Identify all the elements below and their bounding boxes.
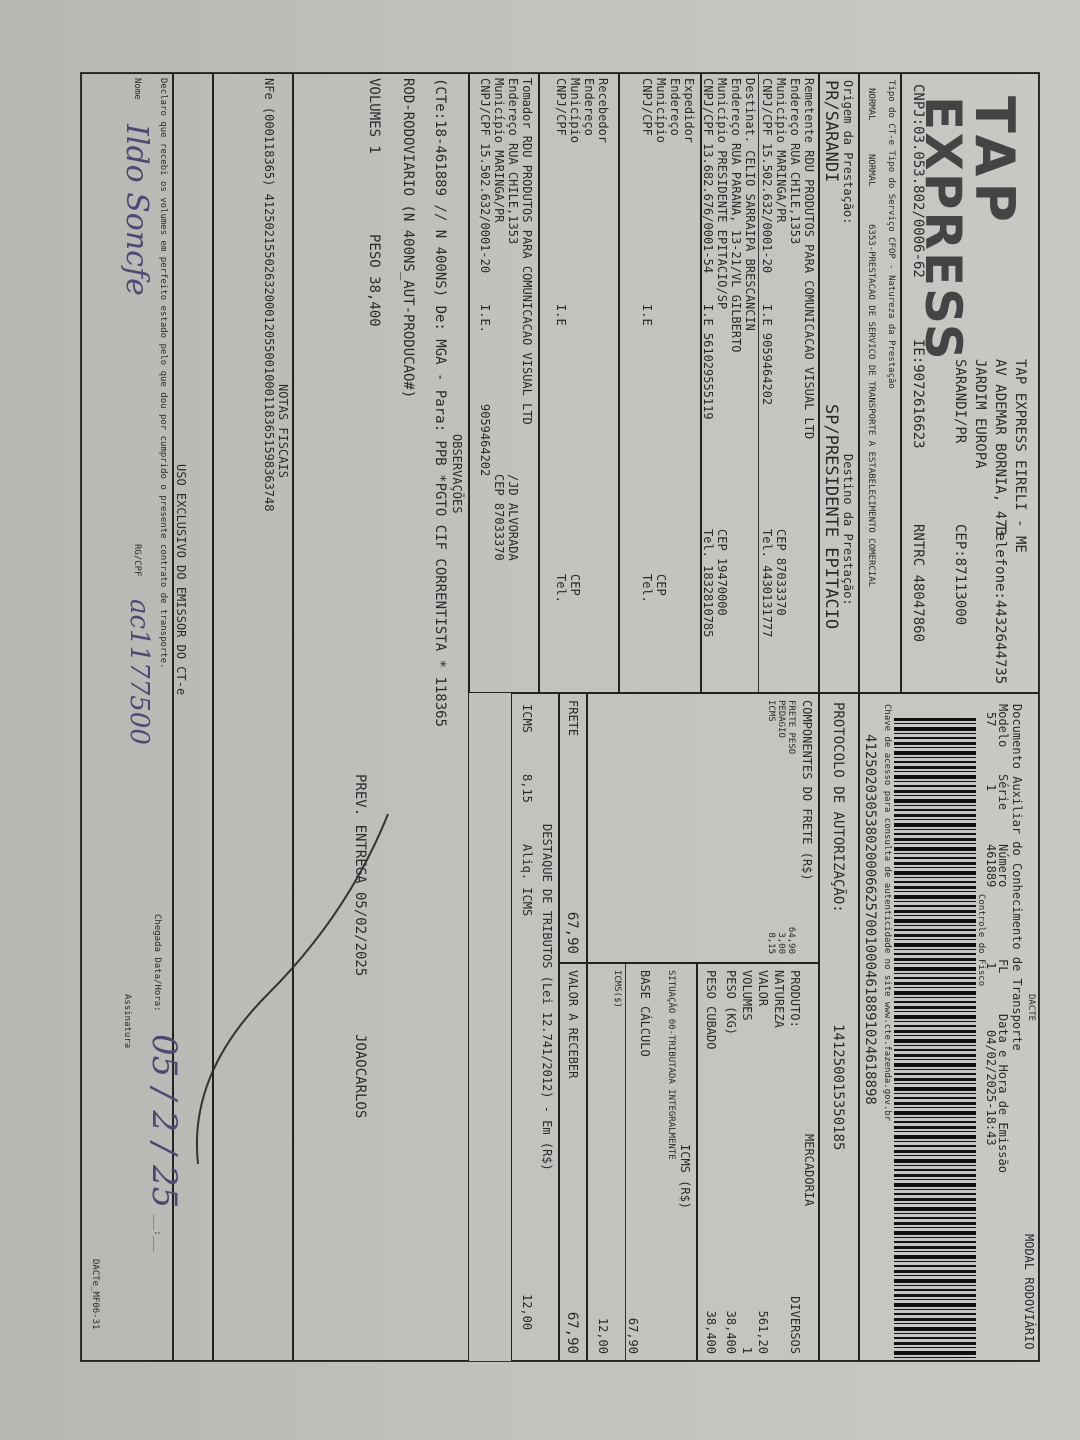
receiver-address-label: Endereço	[582, 78, 596, 136]
sender-city: Município MARINGA/PR	[774, 78, 788, 223]
service-type: NORMAL	[865, 154, 876, 187]
emitter-rntrc: RNTRC 48047860	[910, 524, 926, 642]
origin-value: PR/SARANDI	[821, 80, 840, 182]
receiver-cep-label: CEP	[568, 574, 582, 596]
emitter-district: JARDIM EUROPA	[972, 359, 988, 469]
emitter-city: SARANDI/PR	[952, 359, 968, 443]
freight-components-title: COMPONENTES DO FRETE (R$)	[800, 700, 814, 881]
icms-title: ICMS (R$)	[678, 1144, 692, 1209]
sender-address: Endereço RUA CHILE,1353	[788, 78, 802, 244]
icms-section: ICMS (R$) SITUAÇÃO 00-TRIBUTADA INTEGRAL…	[587, 963, 697, 1361]
receiver-section: Recebedor Endereço Município CEP CNPJ/CP…	[539, 73, 619, 693]
receipt-id-handwritten: ac1177500	[124, 599, 154, 745]
emitter-phone: Telefone:4432644735	[992, 524, 1008, 684]
recipient-name: Destinat. CELIO SARRAIPA BRESCANCIN	[743, 78, 757, 331]
recipient-ie: I.E 561029555119	[701, 304, 715, 420]
receiver-city-label: Município	[568, 78, 582, 143]
arrival-time: ___:___	[151, 1214, 162, 1252]
signature-label: Assinatura	[121, 994, 132, 1048]
icms-component-value: 8,15	[765, 894, 776, 954]
sender-cnpj: CNPJ/CPF 15.502.632/0001-20	[760, 78, 774, 273]
arrival-label: Chegada Data/Hora:	[151, 914, 162, 1012]
observations-line-1: (CTe:18-461889 // N 400NS) De: MGA - Par…	[432, 78, 448, 727]
recipient-address: Endereço RUA PARANA, 13-21/VL GILBERTO	[729, 78, 743, 353]
recipient-cep: CEP 19470000	[715, 529, 729, 616]
product-label: PRODUTO:	[788, 970, 802, 1028]
amount-due-value: 67,90	[564, 1254, 580, 1354]
icms-amount-label: ICMS($)	[611, 970, 622, 1008]
receiver-cnpj-label: CNPJ/CPF	[554, 78, 568, 136]
shipper-address-label: Endereço	[668, 78, 682, 136]
payer-address: Endereço RUA CHILE,1353	[506, 78, 520, 244]
amount-due-label: VALOR A RECEBER	[566, 970, 580, 1078]
emitter-name: TAP EXPRESS EIRELI - ME	[1012, 359, 1028, 553]
goods-title: MERCADORIA	[802, 1134, 816, 1206]
receipt-declaration: Declaro que recebi os volumes em perfeit…	[157, 78, 168, 669]
icms-amount-value: 12,00	[596, 1254, 610, 1354]
payer-ie: 9059464202	[478, 404, 492, 476]
toll-label: PEDAGIO	[775, 700, 786, 738]
form-code: DACTe_MF06-31	[89, 1259, 100, 1329]
amount-due: VALOR A RECEBER 67,90	[559, 963, 587, 1361]
dacte-document: TAP EXPRESS TAP EXPRESS EIRELI - ME AV A…	[0, 0, 1080, 1440]
receipt-id-label: RG/CPF	[131, 544, 142, 577]
observations-weight: PESO 38,400	[366, 234, 382, 327]
observations-title: OBSERVAÇÕES	[450, 434, 464, 513]
dacte-subtitle: Documento Auxiliar do Conhecimento de Tr…	[1010, 704, 1024, 1051]
authorization-protocol: PROTOCOLO DE AUTORIZAÇÃO: 14125001535018…	[819, 693, 859, 1361]
emitter-address: AV ADEMAR BORNIA, 473	[992, 359, 1008, 536]
shipper-phone-label: Tel.	[640, 574, 654, 603]
page-value: 1	[984, 962, 998, 969]
emitter-cep: CEP:87113000	[952, 524, 968, 625]
invoice-nfe: NFe (000118365) 412502155026320001205500…	[262, 78, 276, 511]
invoices-title: NOTAS FISCAIS	[276, 384, 290, 478]
cte-type-header: Tipo do CT-e Tipo do Serviço CFOP - Natu…	[885, 80, 896, 389]
weight-label: PESO (KG)	[724, 970, 738, 1035]
sender-name: Remetente RDU PRODUTOS PARA COMUNICACAO …	[802, 78, 816, 439]
dacte-header: DACTE MODAL RODOVIÁRIO Documento Auxilia…	[859, 693, 1039, 1361]
model-value: 57	[984, 712, 998, 726]
freight-weight-value: 64,90	[785, 894, 796, 954]
cte-type: NORMAL	[865, 88, 876, 121]
recipient-cnpj: CNPJ/CPF 13.682.676/0001-54	[701, 78, 715, 273]
cte-type-section: Tipo do CT-e Tipo do Serviço CFOP - Natu…	[859, 73, 901, 693]
payer-section: Tomador RDU PRODUTOS PARA COMUNICACAO VI…	[469, 73, 539, 693]
emitter-header: TAP EXPRESS TAP EXPRESS EIRELI - ME AV A…	[901, 73, 1039, 693]
series-value: 1	[984, 784, 998, 791]
observations-section: OBSERVAÇÕES (CTe:18-461889 // N 400NS) D…	[293, 73, 469, 1361]
access-key-label: Chave de acesso para consulta de autenti…	[881, 704, 892, 1121]
freight-components: COMPONENTES DO FRETE (R$) FRETE PESO 64,…	[587, 693, 819, 963]
transport-mode: MODAL RODOVIÁRIO	[1022, 1234, 1036, 1350]
receipt-name-handwritten: Ildo Soncfe	[119, 124, 154, 296]
emitter-cnpj: CNPJ:03.053.802/0006-62	[910, 84, 926, 278]
sender-phone: Tel. 4430131777	[760, 529, 774, 637]
fiscal-control-label: Controle do Fisco	[975, 894, 986, 986]
dacte-frame: TAP EXPRESS TAP EXPRESS EIRELI - ME AV A…	[80, 72, 1040, 1362]
protocol-value: 141250015350185	[830, 1024, 846, 1150]
tap-express-logo: TAP EXPRESS	[918, 96, 1020, 362]
number-value: 461889	[984, 844, 998, 887]
goods-value: 561,20	[756, 1254, 770, 1354]
shipper-cep-label: CEP	[654, 574, 668, 596]
invoices-section: NOTAS FISCAIS NFe (000118365) 4125021550…	[213, 73, 293, 1361]
volumes-value: 1	[740, 1254, 754, 1354]
number-label: Número	[996, 844, 1010, 887]
goods-section: MERCADORIA PRODUTO: DIVERSOS NATUREZA VA…	[697, 963, 819, 1361]
payer-ie-label: I.E.	[478, 304, 492, 333]
cfop: 6353-PRESTACAO DE SERVICO DE TRANSPORTE …	[865, 224, 876, 587]
tax-highlight: DESTAQUE DE TRIBUTOS (Lei 12.741/2012) -…	[511, 693, 559, 1361]
destination-label: Destino da Prestação:	[841, 454, 855, 606]
access-key-value: 4125020305380200066257001000461889102461…	[862, 734, 878, 1105]
issue-date-label: Data e Hora de Emissão	[996, 1014, 1010, 1173]
tax-base-value: 67,90	[626, 1254, 640, 1354]
tax-highlight-title: DESTAQUE DE TRIBUTOS (Lei 12.741/2012) -…	[540, 824, 554, 1171]
route-section: Origem da Prestação: PR/SARANDI Destino …	[819, 73, 859, 693]
parties-section: Remetente RDU PRODUTOS PARA COMUNICACAO …	[701, 73, 819, 693]
payer-cnpj: CNPJ/CPF 15.502.632/0001-20	[478, 78, 492, 273]
receipt-name-label: Nome	[131, 78, 142, 100]
page-label: FL	[996, 959, 1010, 973]
icms-component-label: ICMS	[765, 700, 776, 722]
sender-ie: I.E 9059464202	[760, 304, 774, 405]
origin-label: Origem da Prestação:	[841, 80, 855, 225]
freight-total-value: 67,90	[564, 854, 580, 954]
shipper-ie-label: I.E	[640, 304, 654, 326]
emitter-use-title: USO EXCLUSIVO DO EMISSOR DO CT-e	[174, 464, 188, 695]
tax-rate-label: Aliq. ICMS	[520, 844, 534, 916]
observations-volumes: VOLUMES 1	[366, 78, 382, 154]
tax-rate-value: 12,00	[520, 1294, 534, 1330]
tax-base-label: BASE CÁLCULO	[638, 970, 652, 1057]
payer-district: /JD ALVORADA	[506, 474, 520, 561]
recipient-phone: Tel. 1832810785	[701, 529, 715, 637]
recipient-city: Município PRESIDENTE EPITACIO/SP	[715, 78, 729, 309]
shipper-city-label: Município	[654, 78, 668, 143]
product-value: DIVERSOS	[788, 1254, 802, 1354]
observations-line-2: ROD-RODOVIARIO (N 400NS_AUT-PRODUCAO#)	[400, 78, 416, 398]
access-key-barcode	[894, 718, 976, 1358]
tax-icms-label: ICMS	[520, 704, 534, 733]
freight-total-label: FRETE	[566, 700, 580, 736]
shipper-section: Expedidor Endereço Município CEP CNPJ/CP…	[619, 73, 701, 693]
payer-name: Tomador RDU PRODUTOS PARA COMUNICACAO VI…	[520, 78, 534, 425]
series-label: Série	[996, 774, 1010, 810]
goods-value-label: VALOR	[756, 970, 770, 1006]
freight-total: FRETE 67,90	[559, 693, 587, 963]
weight-value: 38,400	[724, 1254, 738, 1354]
freight-weight-label: FRETE PESO	[785, 700, 796, 754]
shipper-label: Expedidor	[682, 78, 696, 143]
receipt-section: Declaro que recebi os volumes em perfeit…	[81, 73, 173, 1361]
nature-label: NATUREZA	[772, 970, 786, 1028]
receiver-ie-label: I.E	[554, 304, 568, 326]
receiver-phone-label: Tel.	[554, 574, 568, 603]
protocol-label: PROTOCOLO DE AUTORIZAÇÃO:	[830, 702, 846, 913]
cubed-weight-label: PESO CUBADO	[704, 970, 718, 1049]
cubed-weight-value: 38,400	[704, 1254, 718, 1354]
toll-value: 3,00	[775, 894, 786, 954]
shipper-cnpj-label: CNPJ/CPF	[640, 78, 654, 136]
payer-cep: CEP 87033370	[492, 474, 506, 561]
model-label: Modelo	[996, 704, 1010, 747]
destination-value: SP/PRESIDENTE EPITACIO	[821, 404, 840, 629]
receiver-label: Recebedor	[596, 78, 610, 143]
icms-situation: SITUAÇÃO 00-TRIBUTADA INTEGRALMENTE	[665, 970, 676, 1160]
tax-icms-value: 8,15	[520, 774, 534, 803]
emitter-ie: IE:9072616623	[910, 339, 926, 449]
sender-cep: CEP 87033370	[774, 529, 788, 616]
arrival-date-handwritten: 05 / 2 / 25	[144, 1034, 184, 1208]
payer-city: Município MARINGA/PR	[492, 78, 506, 223]
volumes-label: VOLUMES	[740, 970, 754, 1021]
issue-date-value: 04/02/2025-18:43	[984, 1030, 998, 1146]
dacte-title: DACTE	[1025, 994, 1036, 1021]
